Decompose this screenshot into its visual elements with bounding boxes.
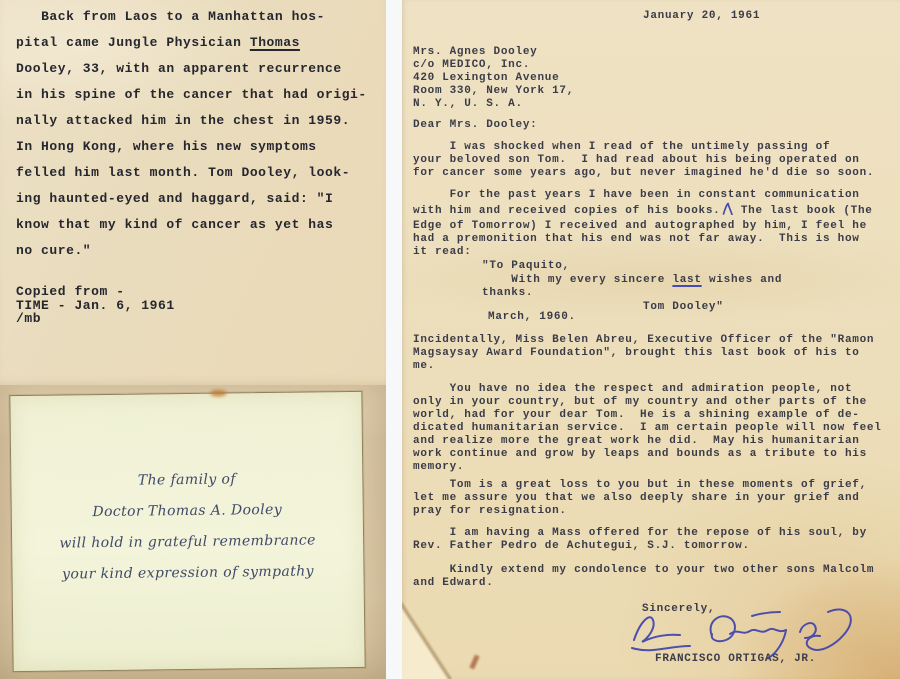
ink-spot xyxy=(469,655,479,670)
letter-paragraph-3: Incidentally, Miss Belen Abreu, Executiv… xyxy=(413,334,885,373)
ink-caret-mark xyxy=(722,202,733,220)
letter-paragraph-4: You have no idea the respect and admirat… xyxy=(413,383,885,474)
clipping-credit-text: Copied from - TIME - Jan. 6, 1961 /mb xyxy=(16,285,346,326)
letter-closing: Sincerely, xyxy=(642,603,715,616)
letter-recipient-address: Mrs. Agnes Dooley c/o MEDICO, Inc. 420 L… xyxy=(413,46,574,111)
card-line-4: your kind expression of sympathy xyxy=(12,556,363,591)
letter-salutation: Dear Mrs. Dooley: xyxy=(413,119,537,132)
clipping-text-segment: Dooley, 33, with an apparent recurrence … xyxy=(16,61,367,258)
paper-crease xyxy=(402,602,452,679)
letter-quote-line-2: With my every sincere last wishes and xyxy=(482,274,782,287)
card-line-3: will hold in grateful remembrance xyxy=(12,525,363,560)
letter-paragraph-7: Kindly extend my condolence to your two … xyxy=(413,564,885,590)
letter-date: January 20, 1961 xyxy=(643,10,760,23)
blue-underlined-word-last: last xyxy=(672,274,701,286)
quote-segment: wishes and xyxy=(702,274,783,286)
letter-quote-line-1: "To Paquito, xyxy=(482,260,570,273)
letter-paragraph-6: I am having a Mass offered for the repos… xyxy=(413,527,885,553)
clipping-body-text: Back from Laos to a Manhattan hos- pital… xyxy=(16,4,376,264)
letter-paragraph-1: I was shocked when I read of the untimel… xyxy=(413,141,885,180)
letter-quote-date: March, 1960. xyxy=(488,311,576,324)
condolence-letter-page: January 20, 1961 Mrs. Agnes Dooley c/o M… xyxy=(402,0,900,679)
letter-paragraph-2: For the past years I have been in consta… xyxy=(413,189,885,259)
quote-segment: With my every sincere xyxy=(482,274,672,286)
time-clipping-scan: Back from Laos to a Manhattan hos- pital… xyxy=(0,0,386,385)
sympathy-card: The family of Doctor Thomas A. Dooley wi… xyxy=(9,391,365,672)
card-line-1: The family of xyxy=(11,463,362,498)
card-stain xyxy=(210,390,226,397)
letter-paragraph-5: Tom is a great loss to you but in these … xyxy=(413,479,885,518)
letter-quote-thanks: thanks. xyxy=(482,287,533,300)
letter-quote-attribution: Tom Dooley" xyxy=(643,301,724,314)
letter-signed-name: FRANCISCO ORTIGAS, JR. xyxy=(655,653,816,666)
scanned-documents: Back from Laos to a Manhattan hos- pital… xyxy=(0,0,900,679)
underlined-word-thomas: Thomas xyxy=(250,35,300,50)
card-text: The family of Doctor Thomas A. Dooley wi… xyxy=(11,463,363,591)
card-line-2: Doctor Thomas A. Dooley xyxy=(12,494,363,529)
sympathy-card-scan: The family of Doctor Thomas A. Dooley wi… xyxy=(0,385,386,679)
